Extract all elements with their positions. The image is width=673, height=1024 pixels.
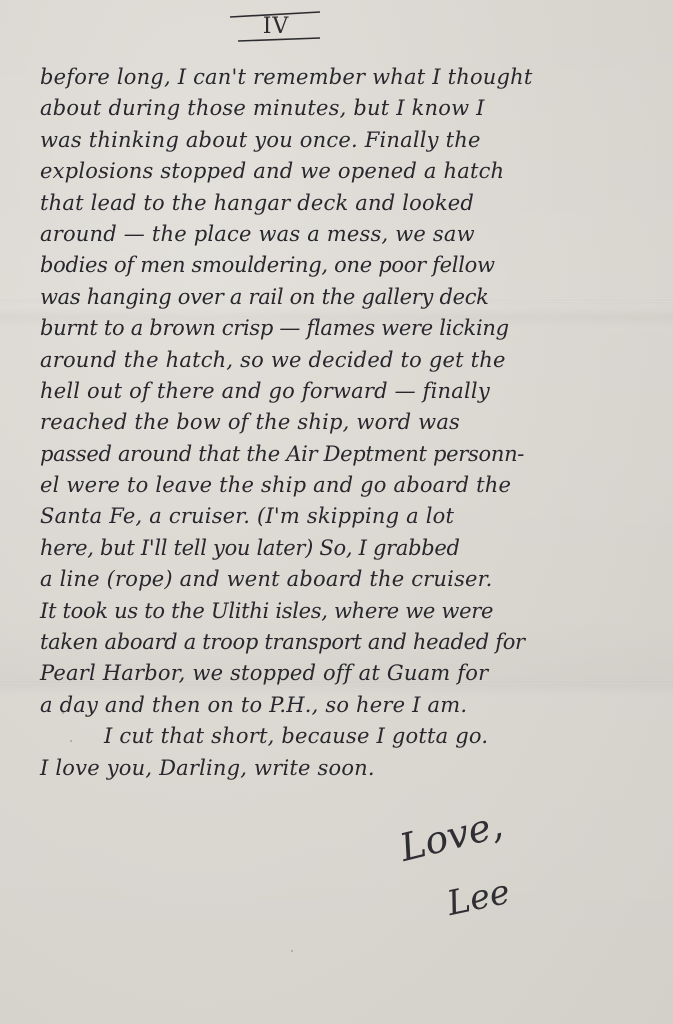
letter-line: a day and then on to P.H., so here I am. [40, 690, 665, 721]
closing-salutation: Love, [395, 802, 507, 870]
letter-page: IV before long, I can't remember what I … [0, 0, 673, 1024]
letter-line: taken aboard a troop transport and heade… [40, 627, 665, 658]
letter-line: around the hatch, so we decided to get t… [40, 345, 665, 376]
letter-line: bodies of men smouldering, one poor fell… [40, 250, 665, 281]
letter-line: passed around that the Air Deptment pers… [40, 439, 665, 470]
letter-line: was hanging over a rail on the gallery d… [40, 282, 665, 313]
letter-line: about during those minutes, but I know I [40, 93, 665, 124]
page-number-header: IV [228, 8, 324, 44]
letter-line: here, but I'll tell you later) So, I gra… [40, 533, 665, 564]
letter-line: around — the place was a mess, we saw [40, 219, 665, 250]
paper-speck [62, 712, 64, 714]
letter-closing: Love, Lee [400, 818, 560, 948]
letter-body: before long, I can't remember what I tho… [40, 62, 665, 784]
signature: Lee [444, 872, 514, 924]
paper-speck [70, 740, 72, 742]
page-number: IV [228, 14, 324, 39]
paper-speck [291, 950, 293, 952]
letter-line: explosions stopped and we opened a hatch [40, 156, 665, 187]
letter-line: Santa Fe, a cruiser. (I'm skipping a lot [40, 501, 665, 532]
letter-line: Pearl Harbor, we stopped off at Guam for [40, 658, 665, 689]
letter-line: that lead to the hangar deck and looked [40, 188, 665, 219]
letter-line: reached the bow of the ship, word was [40, 407, 665, 438]
letter-line: before long, I can't remember what I tho… [40, 62, 665, 93]
letter-line: burnt to a brown crisp — flames were lic… [40, 313, 665, 344]
letter-line: I love you, Darling, write soon. [40, 753, 665, 784]
letter-line: It took us to the Ulithi isles, where we… [40, 596, 665, 627]
letter-line: hell out of there and go forward — final… [40, 376, 665, 407]
letter-line: was thinking about you once. Finally the [40, 125, 665, 156]
letter-line: a line (rope) and went aboard the cruise… [40, 564, 665, 595]
letter-line: I cut that short, because I gotta go. [40, 721, 665, 752]
letter-line: el were to leave the ship and go aboard … [40, 470, 665, 501]
